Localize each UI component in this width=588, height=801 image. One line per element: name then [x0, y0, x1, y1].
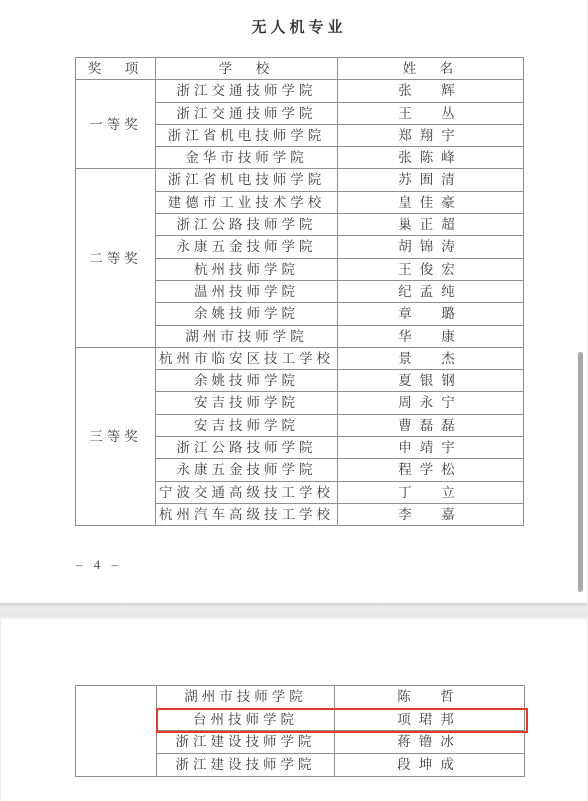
school-cell: 金华市技师学院: [156, 147, 338, 169]
page-number: – 4 –: [76, 557, 122, 573]
name-cell: 苏囿清: [338, 169, 524, 191]
name-cell: 巢正超: [338, 214, 524, 236]
name-cell: 夏银钢: [338, 370, 524, 392]
page-separator: [0, 603, 588, 619]
column-header-name: 姓 名: [338, 58, 524, 80]
table-header-row: 奖 项 学 校 姓 名: [76, 58, 524, 80]
school-cell: 杭州市临安区技工学校: [156, 347, 338, 369]
school-cell: 温州技师学院: [156, 280, 338, 302]
award-cell-empty: [76, 686, 157, 777]
name-cell: 曹磊磊: [338, 414, 524, 436]
awards-table-continued: 湖州市技师学院陈 哲台州技师学院项珺邦浙江建设技师学院蒋镥冰浙江建设技师学院段坤…: [75, 685, 525, 777]
name-cell: 景 杰: [338, 347, 524, 369]
page-title: 无人机专业: [75, 16, 523, 37]
school-cell: 浙江省机电技师学院: [156, 169, 338, 191]
document-page-1: 无人机专业 奖 项 学 校 姓 名 一等奖浙江交通技师学院张 辉浙江交通技师学院…: [0, 0, 588, 603]
award-cell: 三等奖: [76, 347, 156, 525]
name-cell: 程学松: [338, 459, 524, 481]
award-cell: 二等奖: [76, 169, 156, 347]
school-cell: 安吉技师学院: [156, 392, 338, 414]
school-cell: 浙江交通技师学院: [156, 80, 338, 102]
award-cell: 一等奖: [76, 80, 156, 169]
school-cell: 浙江建设技师学院: [157, 754, 335, 777]
awards-table: 奖 项 学 校 姓 名 一等奖浙江交通技师学院张 辉浙江交通技师学院王 丛浙江省…: [75, 57, 524, 526]
school-cell: 杭州技师学院: [156, 258, 338, 280]
school-cell: 安吉技师学院: [156, 414, 338, 436]
table-row: 二等奖浙江省机电技师学院苏囿清: [76, 169, 524, 191]
column-header-award: 奖 项: [76, 58, 156, 80]
document-viewport: 无人机专业 奖 项 学 校 姓 名 一等奖浙江交通技师学院张 辉浙江交通技师学院…: [0, 0, 588, 801]
school-cell: 台州技师学院: [157, 708, 335, 731]
name-cell: 华 康: [338, 325, 524, 347]
name-cell: 胡锦涛: [338, 236, 524, 258]
name-cell: 陈 哲: [335, 686, 525, 709]
school-cell: 浙江交通技师学院: [156, 102, 338, 124]
name-cell: 纪孟纯: [338, 280, 524, 302]
school-cell: 永康五金技师学院: [156, 459, 338, 481]
name-cell: 项珺邦: [335, 708, 525, 731]
school-cell: 湖州市技师学院: [156, 325, 338, 347]
school-cell: 浙江公路技师学院: [156, 437, 338, 459]
name-cell: 张陈峰: [338, 147, 524, 169]
name-cell: 郑翔宇: [338, 124, 524, 146]
school-cell: 浙江省机电技师学院: [156, 124, 338, 146]
document-page-2: 湖州市技师学院陈 哲台州技师学院项珺邦浙江建设技师学院蒋镥冰浙江建设技师学院段坤…: [0, 619, 588, 801]
name-cell: 王俊宏: [338, 258, 524, 280]
name-cell: 申靖宇: [338, 437, 524, 459]
name-cell: 章 璐: [338, 303, 524, 325]
name-cell: 蒋镥冰: [335, 731, 525, 754]
school-cell: 湖州市技师学院: [157, 686, 335, 709]
name-cell: 段坤成: [335, 754, 525, 777]
school-cell: 杭州汽车高级技工学校: [156, 503, 338, 525]
name-cell: 李 嘉: [338, 503, 524, 525]
name-cell: 王 丛: [338, 102, 524, 124]
school-cell: 浙江公路技师学院: [156, 214, 338, 236]
school-cell: 宁波交通高级技工学校: [156, 481, 338, 503]
scrollbar-thumb[interactable]: [578, 352, 583, 592]
school-cell: 余姚技师学院: [156, 303, 338, 325]
school-cell: 浙江建设技师学院: [157, 731, 335, 754]
table-row: 一等奖浙江交通技师学院张 辉: [76, 80, 524, 102]
school-cell: 永康五金技师学院: [156, 236, 338, 258]
name-cell: 周永宁: [338, 392, 524, 414]
school-cell: 建德市工业技术学校: [156, 191, 338, 213]
table-row: 湖州市技师学院陈 哲: [76, 686, 525, 709]
column-header-school: 学 校: [156, 58, 338, 80]
name-cell: 张 辉: [338, 80, 524, 102]
name-cell: 皇佳豪: [338, 191, 524, 213]
name-cell: 丁 立: [338, 481, 524, 503]
table-row: 三等奖杭州市临安区技工学校景 杰: [76, 347, 524, 369]
school-cell: 余姚技师学院: [156, 370, 338, 392]
